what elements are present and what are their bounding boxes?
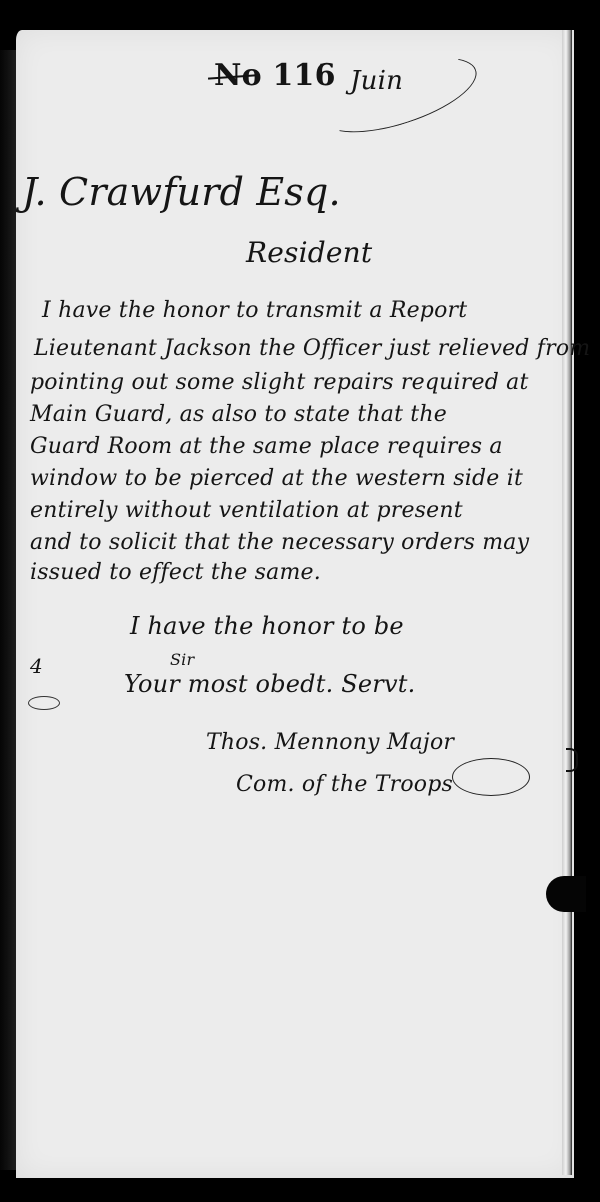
margin-note: 4	[30, 654, 43, 678]
signature-name: Thos. Mennony Major	[206, 730, 454, 755]
margin-flourish	[28, 696, 60, 710]
binding-tab	[546, 876, 586, 912]
addressee-name: J. Crawfurd Esq.	[22, 170, 341, 214]
signature-title: Com. of the Troops	[236, 772, 453, 797]
closing-line: Your most obedt. Servt.	[124, 670, 415, 698]
body-line: Lieutenant Jackson the Officer just reli…	[34, 336, 590, 361]
body-line: Guard Room at the same place requires a	[30, 434, 503, 459]
body-line: and to solicit that the necessary orders…	[30, 530, 529, 555]
body-line: Main Guard, as also to state that the	[30, 402, 447, 427]
page-edge	[562, 30, 572, 1175]
body-line: window to be pierced at the western side…	[30, 466, 523, 491]
body-line: issued to effect the same.	[30, 560, 321, 585]
signature-flourish	[452, 758, 530, 796]
month-label: Juin	[350, 66, 403, 96]
body-line: I have the honor to transmit a Report	[42, 298, 467, 323]
body-line: pointing out some slight repairs require…	[30, 370, 529, 395]
edge-mark	[566, 748, 578, 772]
pencil-mark: ⅰ	[318, 62, 323, 78]
addressee-title: Resident	[246, 236, 372, 269]
body-line: entirely without ventilation at present	[30, 498, 463, 523]
closing-line: I have the honor to be	[130, 612, 404, 640]
closing-salutation: Sir	[170, 650, 194, 669]
